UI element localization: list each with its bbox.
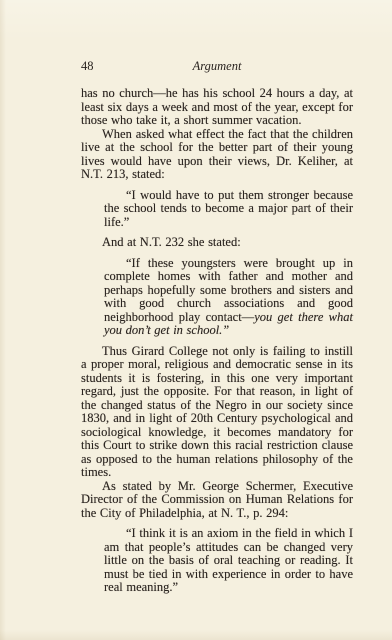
paragraph-continuation: has no church—he has his school 24 hours… (81, 87, 353, 128)
text-column: 48 Argument has no church—he has his sch… (81, 59, 353, 595)
page-body: has no church—he has his school 24 hours… (81, 87, 353, 595)
paragraph-thus-girard: Thus Girard College not only is failing … (81, 345, 353, 480)
document-page: 48 Argument has no church—he has his sch… (0, 0, 392, 640)
block-quote-2: “If these youngsters were brought up in … (104, 257, 353, 338)
page-number: 48 (81, 59, 94, 74)
page-header: 48 Argument (81, 59, 353, 74)
paragraph-as-stated: As stated by Mr. George Schermer, Execut… (81, 480, 353, 521)
paragraph-and-at-nt-232: And at N.T. 232 she stated: (81, 236, 353, 250)
block-quote-3: “I think it is an axiom in the field in … (104, 527, 353, 595)
paragraph-when-asked: When asked what effect the fact that the… (81, 128, 353, 182)
running-head: Argument (81, 59, 353, 74)
block-quote-1: “I would have to put them stronger becau… (104, 189, 353, 230)
